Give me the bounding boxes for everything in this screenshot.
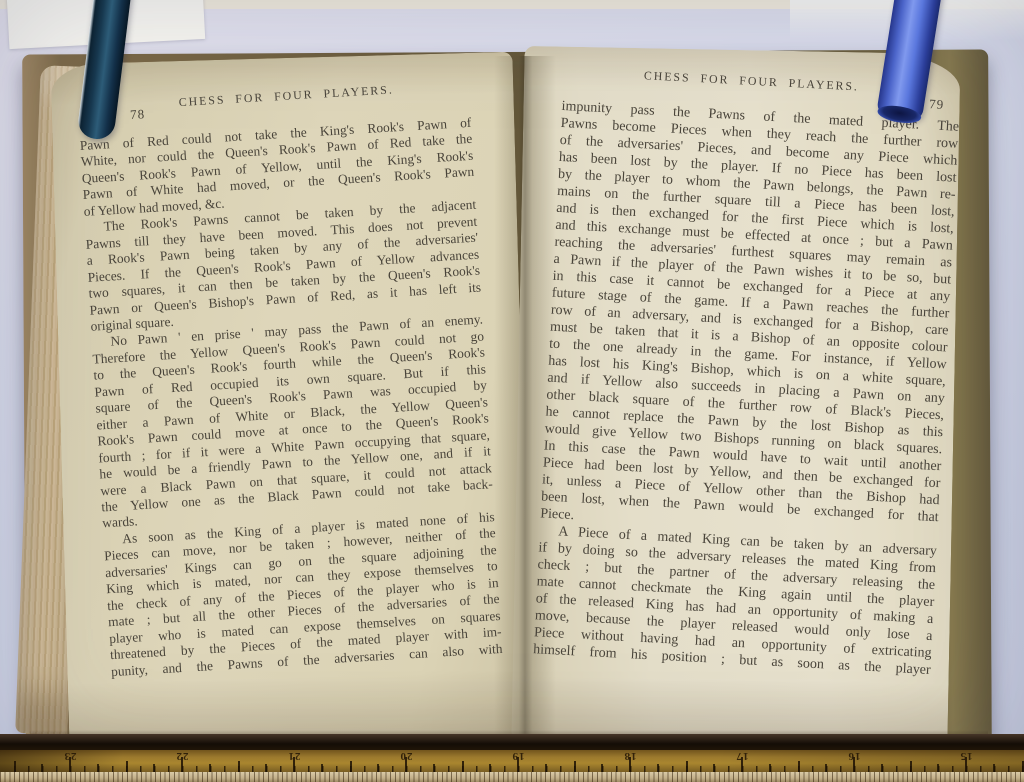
- ruler-number: 15: [910, 750, 1022, 762]
- left-page-number: 78: [130, 106, 146, 123]
- ruler-inch-cell: 19: [462, 750, 574, 774]
- ruler-inch-cell: 22: [126, 750, 238, 774]
- ruler-number: 22: [126, 750, 238, 762]
- ruler-number: 23: [14, 750, 126, 762]
- ruler-inch-cell: 23: [14, 750, 126, 774]
- ruler-inch-cell: 20: [350, 750, 462, 774]
- ruler: 23222120191817161514: [0, 734, 1024, 782]
- ruler-scale: 23222120191817161514: [14, 750, 1024, 774]
- ruler-number: 16: [798, 750, 910, 762]
- ruler-inch-cell: 15: [910, 750, 1022, 774]
- right-page-number: 79: [929, 96, 945, 113]
- left-page-text: 78 CHESS FOR FOUR PLAYERS. Pawn of Red c…: [77, 75, 503, 680]
- ruler-inch-cell: 21: [238, 750, 350, 774]
- ruler-number: 21: [238, 750, 350, 762]
- ruler-number: 17: [686, 750, 798, 762]
- left-page-body: Pawn of Red could not take the King's Ro…: [79, 115, 503, 680]
- ruler-number: 20: [350, 750, 462, 762]
- ruler-wood-face: 23222120191817161514: [0, 750, 1024, 774]
- ruler-inch-cell: 18: [574, 750, 686, 774]
- ruler-number: 18: [574, 750, 686, 762]
- photo-of-open-book: 78 CHESS FOR FOUR PLAYERS. Pawn of Red c…: [0, 0, 1024, 782]
- right-page-text: CHESS FOR FOUR PLAYERS. 79 impunity pass…: [533, 64, 962, 679]
- ruler-inch-cell: 17: [686, 750, 798, 774]
- right-page-body: impunity pass the Pawns of the mated pla…: [533, 98, 960, 679]
- ruler-number: 19: [462, 750, 574, 762]
- ruler-bevel-edge: [0, 772, 1024, 782]
- ruler-inch-cell: 16: [798, 750, 910, 774]
